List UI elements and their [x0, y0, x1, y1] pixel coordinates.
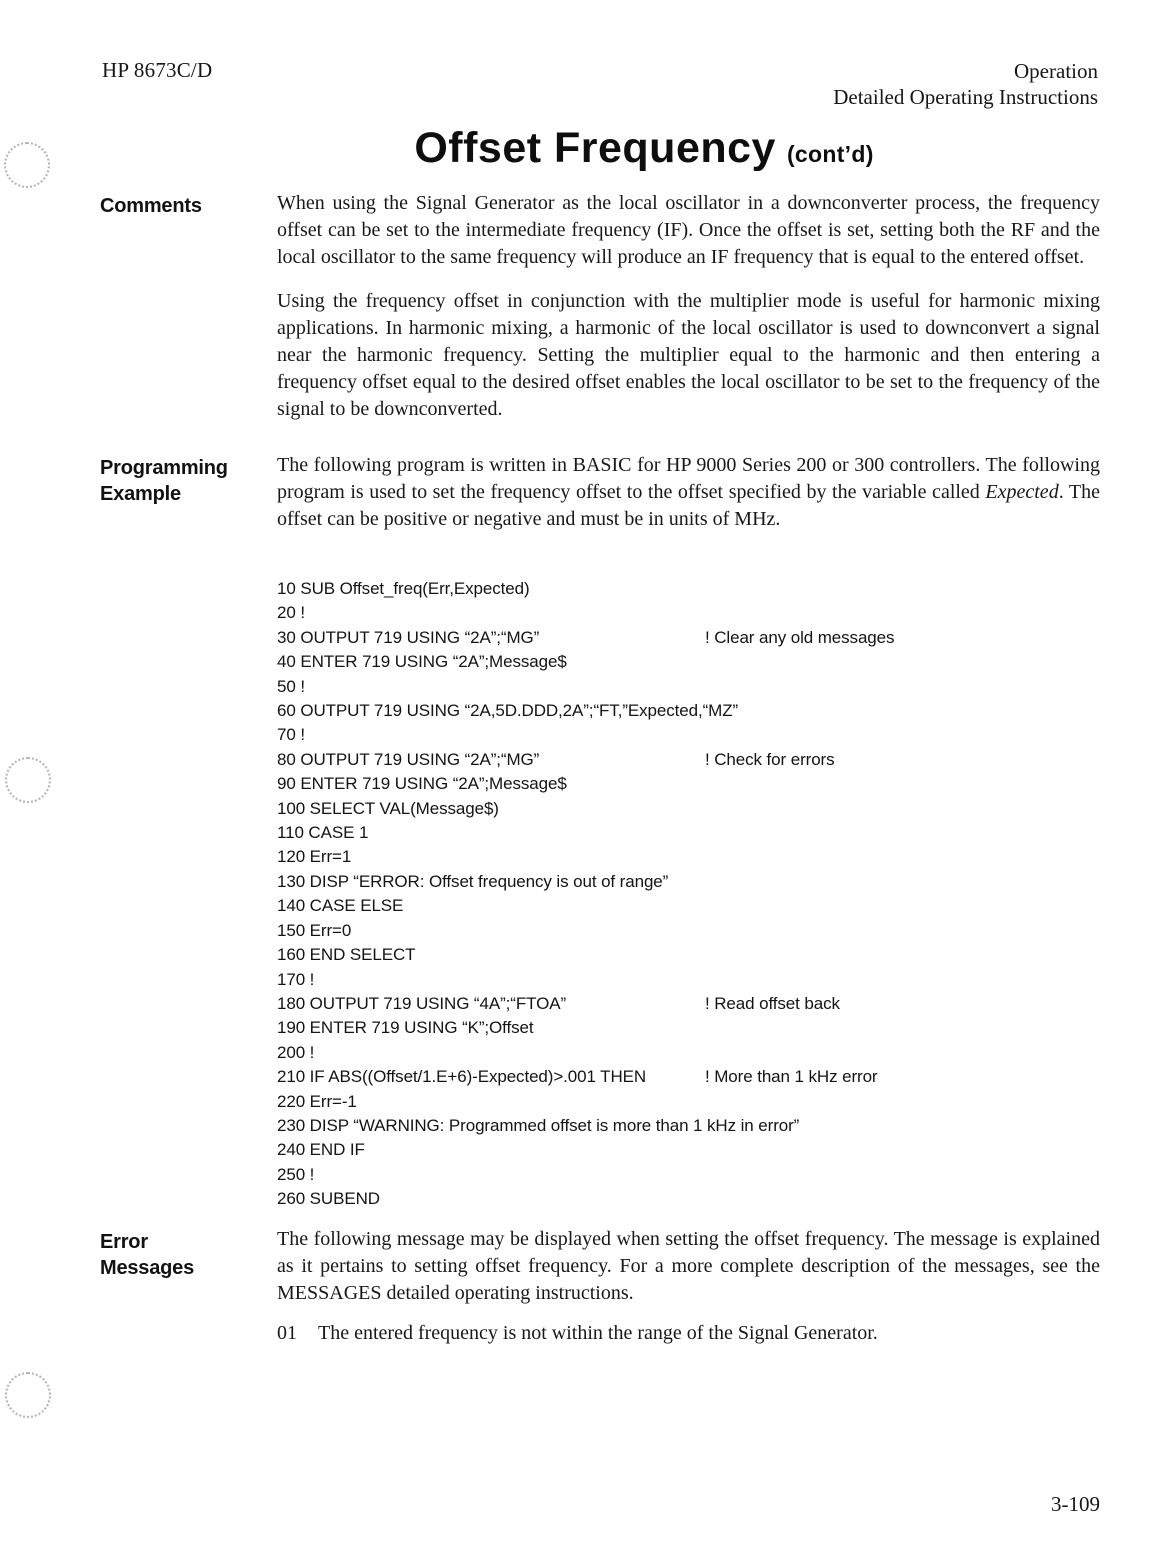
code-text: 150 Err=0 — [277, 921, 351, 940]
code-line: 90 ENTER 719 USING “2A”;Message$ — [277, 772, 1137, 796]
code-line: 210 IF ABS((Offset/1.E+6)-Expected)>.001… — [277, 1065, 1137, 1089]
code-line: 80 OUTPUT 719 USING “2A”;“MG”! Check for… — [277, 748, 1137, 772]
header-section: Operation — [833, 58, 1098, 84]
code-line: 110 CASE 1 — [277, 821, 1137, 845]
code-line: 70 ! — [277, 723, 1137, 747]
code-comment: ! More than 1 kHz error — [705, 1065, 877, 1089]
code-text: 220 Err=-1 — [277, 1092, 357, 1111]
code-text: 160 END SELECT — [277, 945, 415, 964]
code-text: 80 OUTPUT 719 USING “2A”;“MG” — [277, 750, 539, 769]
page-title-suffix: (cont’d) — [787, 141, 874, 167]
code-line: 200 ! — [277, 1041, 1137, 1065]
code-line: 140 CASE ELSE — [277, 894, 1137, 918]
error-messages-body: The following message may be displayed w… — [277, 1226, 1100, 1307]
code-line: 10 SUB Offset_freq(Err,Expected) — [277, 577, 1137, 601]
code-text: 120 Err=1 — [277, 847, 351, 866]
error-messages-heading: Error Messages — [100, 1229, 194, 1281]
header-model: HP 8673C/D — [102, 58, 212, 83]
code-text: 250 ! — [277, 1165, 314, 1184]
code-text: 260 SUBEND — [277, 1189, 380, 1208]
code-text: 170 ! — [277, 970, 314, 989]
code-text: 40 ENTER 719 USING “2A”;Message$ — [277, 652, 567, 671]
comments-body: When using the Signal Generator as the l… — [277, 190, 1100, 423]
code-line: 230 DISP “WARNING: Programmed offset is … — [277, 1114, 1137, 1138]
programming-paragraph-variable: Expected — [985, 481, 1058, 503]
header-section-block: Operation Detailed Operating Instruction… — [833, 58, 1098, 110]
programming-example-heading-line2: Example — [100, 481, 228, 507]
punch-hole-middle — [5, 757, 51, 803]
code-text: 210 IF ABS((Offset/1.E+6)-Expected)>.001… — [277, 1067, 646, 1086]
code-text: 50 ! — [277, 677, 305, 696]
code-comment: ! Check for errors — [705, 748, 835, 772]
programming-example-paragraph: The following program is written in BASI… — [277, 452, 1100, 533]
code-text: 30 OUTPUT 719 USING “2A”;“MG” — [277, 628, 539, 647]
code-line: 40 ENTER 719 USING “2A”;Message$ — [277, 650, 1137, 674]
code-line: 260 SUBEND — [277, 1187, 1137, 1211]
code-line: 240 END IF — [277, 1138, 1137, 1162]
code-line: 120 Err=1 — [277, 845, 1137, 869]
code-text: 130 DISP “ERROR: Offset frequency is out… — [277, 872, 668, 891]
code-text: 230 DISP “WARNING: Programmed offset is … — [277, 1116, 799, 1135]
code-line: 20 ! — [277, 601, 1137, 625]
code-comment: ! Read offset back — [705, 992, 840, 1016]
comments-heading: Comments — [100, 193, 202, 219]
error-messages-paragraph: The following message may be displayed w… — [277, 1226, 1100, 1307]
code-line: 100 SELECT VAL(Message$) — [277, 797, 1137, 821]
error-message-text: The entered frequency is not within the … — [318, 1322, 878, 1344]
code-text: 240 END IF — [277, 1140, 365, 1159]
code-text: 190 ENTER 719 USING “K”;Offset — [277, 1018, 534, 1037]
header-subsection: Detailed Operating Instructions — [833, 84, 1098, 110]
code-line: 30 OUTPUT 719 USING “2A”;“MG”! Clear any… — [277, 626, 1137, 650]
code-text: 90 ENTER 719 USING “2A”;Message$ — [277, 774, 567, 793]
page-title-main: Offset Frequency — [414, 124, 776, 172]
punch-hole-bottom — [5, 1372, 51, 1418]
code-text: 20 ! — [277, 603, 305, 622]
code-line: 190 ENTER 719 USING “K”;Offset — [277, 1016, 1137, 1040]
code-line: 180 OUTPUT 719 USING “4A”;“FTOA”! Read o… — [277, 992, 1137, 1016]
code-comment: ! Clear any old messages — [705, 626, 894, 650]
page-number: 3-109 — [1051, 1492, 1100, 1517]
code-text: 110 CASE 1 — [277, 823, 368, 842]
error-messages-heading-line2: Messages — [100, 1255, 194, 1281]
code-text: 200 ! — [277, 1043, 314, 1062]
code-line: 250 ! — [277, 1163, 1137, 1187]
programming-example-heading-line1: Programming — [100, 455, 228, 481]
basic-code-listing: 10 SUB Offset_freq(Err,Expected)20 !30 O… — [277, 577, 1137, 1212]
code-text: 60 OUTPUT 719 USING “2A,5D.DDD,2A”;“FT,”… — [277, 701, 738, 720]
code-line: 220 Err=-1 — [277, 1090, 1137, 1114]
code-line: 130 DISP “ERROR: Offset frequency is out… — [277, 870, 1137, 894]
comments-paragraph-2: Using the frequency offset in conjunctio… — [277, 288, 1100, 423]
code-line: 150 Err=0 — [277, 919, 1137, 943]
code-line: 50 ! — [277, 675, 1137, 699]
code-text: 70 ! — [277, 725, 305, 744]
code-text: 100 SELECT VAL(Message$) — [277, 799, 499, 818]
programming-example-heading: Programming Example — [100, 455, 228, 507]
programming-paragraph-pre: The following program is written in BASI… — [277, 454, 1100, 503]
comments-paragraph-1: When using the Signal Generator as the l… — [277, 190, 1100, 271]
error-message-item: 01The entered frequency is not within th… — [277, 1322, 878, 1345]
code-line: 170 ! — [277, 968, 1137, 992]
programming-example-body: The following program is written in BASI… — [277, 452, 1100, 533]
manual-page: HP 8673C/D Operation Detailed Operating … — [0, 0, 1176, 1544]
code-text: 10 SUB Offset_freq(Err,Expected) — [277, 579, 530, 598]
code-line: 160 END SELECT — [277, 943, 1137, 967]
error-messages-heading-line1: Error — [100, 1229, 194, 1255]
code-text: 180 OUTPUT 719 USING “4A”;“FTOA” — [277, 994, 566, 1013]
code-text: 140 CASE ELSE — [277, 896, 403, 915]
page-title: Offset Frequency(cont’d) — [414, 124, 873, 173]
error-message-number: 01 — [277, 1322, 297, 1344]
code-line: 60 OUTPUT 719 USING “2A,5D.DDD,2A”;“FT,”… — [277, 699, 1137, 723]
punch-hole-top — [4, 142, 50, 188]
